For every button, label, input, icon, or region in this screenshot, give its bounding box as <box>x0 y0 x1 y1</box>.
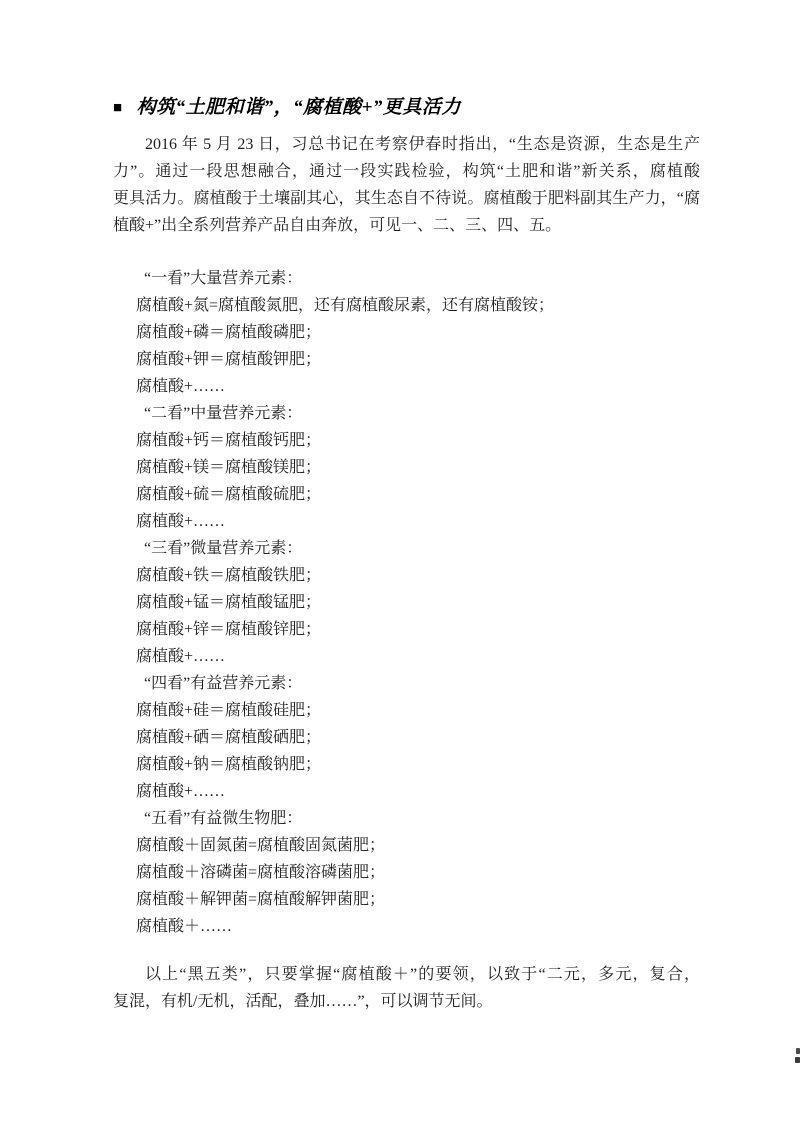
paragraph-line: 复混，有机/无机，活配，叠加……”，可以调节无间。 <box>113 988 700 1015</box>
closing-paragraph: 以上“黑五类”，只要掌握“腐植酸＋”的要领，以致于“二元，多元，复合， 复混，有… <box>113 961 700 1015</box>
humic-acid-list: “一看”大量营养元素： 腐植酸+氮=腐植酸氮肥，还有腐植酸尿素，还有腐植酸铵； … <box>113 265 700 940</box>
paragraph-line: 更具活力。腐植酸于土壤副其心，其生态自不待说。腐植酸于肥料副其生产力，“腐 <box>113 185 700 212</box>
list-line: 腐植酸＋解钾菌=腐植酸解钾菌肥； <box>113 886 700 913</box>
list-line: 腐植酸+锰＝腐植酸锰肥； <box>113 589 700 616</box>
list-line: 腐植酸+钾＝腐植酸钾肥； <box>113 346 700 373</box>
list-line: 腐植酸+磷＝腐植酸磷肥； <box>113 319 700 346</box>
list-section-header: “四看”有益营养元素： <box>113 670 700 697</box>
document-page: ■ 构筑“土肥和谐”，“腐植酸+”更具活力 2016 年 5 月 23 日，习总… <box>0 0 800 1131</box>
paragraph-line: 植酸+”出全系列营养产品自由奔放，可见一、二、三、四、五。 <box>113 212 700 239</box>
list-section-header: “一看”大量营养元素： <box>113 265 700 292</box>
paragraph-line: 2016 年 5 月 23 日，习总书记在考察伊春时指出，“生态是资源，生态是生… <box>113 131 700 158</box>
list-line: 腐植酸+镁＝腐植酸镁肥； <box>113 454 700 481</box>
list-line: 腐植酸+氮=腐植酸氮肥，还有腐植酸尿素，还有腐植酸铵； <box>113 292 700 319</box>
paragraph-line: 力”。通过一段思想融合，通过一段实践检验，构筑“土肥和谐”新关系，腐植酸 <box>113 158 700 185</box>
paragraph-line: 以上“黑五类”，只要掌握“腐植酸＋”的要领，以致于“二元，多元，复合， <box>113 961 700 988</box>
list-line-ellipsis: 腐植酸＋…… <box>113 913 700 940</box>
list-section-header: “五看”有益微生物肥： <box>113 805 700 832</box>
list-line: 腐植酸+锌＝腐植酸锌肥； <box>113 616 700 643</box>
list-line-ellipsis: 腐植酸+…… <box>113 373 700 400</box>
list-section-header: “二看”中量营养元素： <box>113 400 700 427</box>
list-line: 腐植酸＋固氮菌=腐植酸固氮菌肥； <box>113 832 700 859</box>
list-line-ellipsis: 腐植酸+…… <box>113 778 700 805</box>
intro-paragraph: 2016 年 5 月 23 日，习总书记在考察伊春时指出，“生态是资源，生态是生… <box>113 131 700 239</box>
section-heading: ■ 构筑“土肥和谐”，“腐植酸+”更具活力 <box>113 94 700 121</box>
list-line-ellipsis: 腐植酸+…… <box>113 643 700 670</box>
heading-text: 构筑“土肥和谐”，“腐植酸+”更具活力 <box>137 94 461 121</box>
list-line: 腐植酸+钙＝腐植酸钙肥； <box>113 427 700 454</box>
list-section-header: “三看”微量营养元素： <box>113 535 700 562</box>
page-content: ■ 构筑“土肥和谐”，“腐植酸+”更具活力 2016 年 5 月 23 日，习总… <box>113 94 700 1015</box>
list-line: 腐植酸＋溶磷菌=腐植酸溶磷菌肥； <box>113 859 700 886</box>
list-line: 腐植酸+硫＝腐植酸硫肥； <box>113 481 700 508</box>
square-bullet-icon: ■ <box>113 101 123 116</box>
list-line: 腐植酸+钠＝腐植酸钠肥； <box>113 751 700 778</box>
page-number-fragment <box>794 1047 800 1064</box>
list-line: 腐植酸+硅＝腐植酸硅肥； <box>113 697 700 724</box>
list-line-ellipsis: 腐植酸+…… <box>113 508 700 535</box>
list-line: 腐植酸+硒＝腐植酸硒肥； <box>113 724 700 751</box>
list-line: 腐植酸+铁＝腐植酸铁肥； <box>113 562 700 589</box>
